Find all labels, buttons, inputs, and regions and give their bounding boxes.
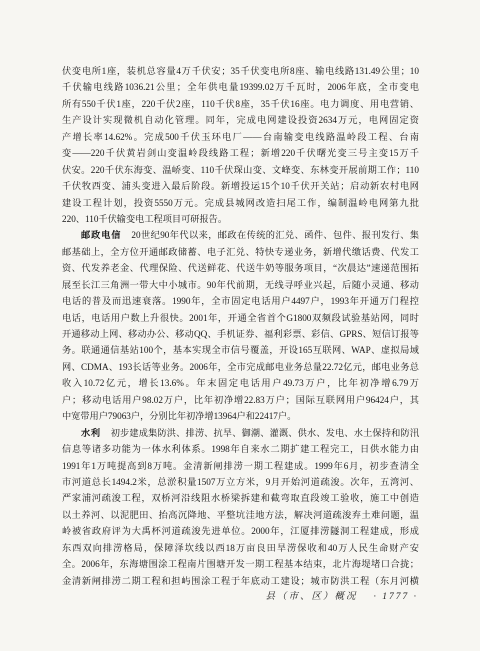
footer-section-label: 县（市、区）概况 — [265, 592, 357, 602]
text-line: 严家浦河疏浚工程，双桥河沿线阻水桥梁拆建和截弯取直段竣工验收，施工中创造 — [62, 490, 419, 506]
text-line: 岭被省政府评为大禹杯河道疏浚先进单位。2000年，江厦排涝隧洞工程建成，形成 — [62, 523, 419, 539]
text-line: 伏变电所1座，装机总容量4万千伏安；35千伏变电所8座、输电线路131.49公里… — [62, 63, 419, 79]
text-line: 东西双向排涝格局，保障泽坎线以西18万亩良田旱涝保收和40万人民生命财产安 — [62, 540, 419, 556]
body-text: 伏变电所1座，装机总容量4万千伏安；35千伏变电所8座、输电线路131.49公里… — [62, 63, 419, 589]
text-line: 千伏输电线路1036.21公里；全年供电量19399.02万千瓦时，2006年底… — [62, 79, 419, 95]
text-line: 千伏牧西变、浦头变进入最后阶段。新增投运15个10千伏开关站；启动新农村电网 — [62, 178, 419, 194]
document-page: 伏变电所1座，装机总容量4万千伏安；35千伏变电所8座、输电线路131.49公里… — [0, 0, 480, 651]
text-line: 资、代发养老金、代理保险、代送鲜花、代送牛奶等服务项目，“次晨达”速递范围拓 — [62, 260, 419, 276]
text-line: 电话，电话用户数上升很快。2001年，开通全省首个G1800双频段试验基站网，同… — [62, 310, 419, 326]
page-footer: 县（市、区）概况· 1777 · — [265, 591, 418, 603]
text-line: 邮政电信20世纪90年代以来，邮政在传统的汇兑、函件、包件、报刊发行、集 — [62, 227, 419, 243]
text-line: 电话的普及而迅速衰落。1990年，全市固定电话用户4497户，1993年开通万门… — [62, 293, 419, 309]
text-line: 信息等诸多功能为一体水利体系。1998年自来水二期扩建工程完工，日供水能力由 — [62, 441, 419, 457]
text-line: 变——220千伏黄岩剑山变温岭段线路工程；新增220千伏曙光变三号主变15万千 — [62, 145, 419, 161]
text-line: 展至长江三角洲一带大中小城市。90年代前期，无线寻呼业兴起，后随小灵通、移动 — [62, 277, 419, 293]
text-line: 户；移动电话用户98.02万户，比年初净增22.83万户；国际互联网用户9642… — [62, 392, 419, 408]
text-line: 伏安。220千伏东海变、温峤变、110千伏琛山变、文峰变、东林变开展前期工作；1… — [62, 162, 419, 178]
paragraph-first-line-text: 初步建成集防洪、排涝、抗旱、御潮、灌溉、供水、发电、水土保持和防汛 — [111, 428, 419, 438]
text-line: 金清新闸排涝二期工程和担屿围涂工程于年底动工建设；城市防洪工程（东月河横 — [62, 573, 419, 589]
text-line: 市河道总长1494.2米，总淤积量1507万立方米，9月开始河道疏浚。次年，五湾… — [62, 474, 419, 490]
text-line: 产增长率14.62%。完成500千伏玉环电厂——台南输变电线路温岭段工程、台南 — [62, 129, 419, 145]
text-line: 水利初步建成集防洪、排涝、抗旱、御潮、灌溉、供水、发电、水土保持和防汛 — [62, 425, 419, 441]
text-line: 收入10.72亿元，增长13.6%。年末固定电话用户49.73万户，比年初净增6… — [62, 375, 419, 391]
paragraph-heading: 水利 — [81, 428, 101, 438]
text-line: 务。联通通信基站100个，基本实现全市信号覆盖，开设165互联网、WAP、虚拟局… — [62, 342, 419, 358]
text-line: 网、CDMA、193长话等业务。2006年，全市完成邮电业务总量22.72亿元，… — [62, 359, 419, 375]
text-line: 220、110千伏输变电工程项目可研报告。 — [62, 211, 419, 227]
paragraph-first-line-text: 20世纪90年代以来，邮政在传统的汇兑、函件、包件、报刊发行、集 — [131, 230, 419, 240]
text-line: 建设工程计划，投资5550万元。完成县城网改造扫尾工作，编制温岭电网第九批 — [62, 195, 419, 211]
text-line: 中宽带用户79063户，分别比年初净增13964户和22417户。 — [62, 408, 419, 424]
text-line: 邮基础上，全方位开通邮政储蓄、电子汇兑、特快专递业务，新增代缴话费、代发工 — [62, 244, 419, 260]
footer-page-number: · 1777 · — [374, 592, 419, 602]
text-line: 所有550千伏1座，220千伏2座，110千伏8座，35千伏16座。电力调度、用… — [62, 96, 419, 112]
text-line: 1991年1万吨提高到8万吨。金清新闸排涝一期工程建成。1999年6月，初步查清… — [62, 458, 419, 474]
paragraph-heading: 邮政电信 — [81, 230, 121, 240]
text-line: 以土养河、以泥肥田、抬高沉降地、平整坑洼地方法，解决河道疏浚弃土难问题，温 — [62, 507, 419, 523]
text-line: 开通移动上网、移动办公、移动QQ、手机证券、福利彩票、彩信、GPRS、短信订报等… — [62, 326, 419, 342]
text-line: 全。2006年，东海塘围涂工程南片围塘开发一期工程基本结束，北片海堤堵口合拢； — [62, 556, 419, 572]
text-line: 生产设计实现微机自动化管理。同年，完成电网建设投资2634万元，电网固定资 — [62, 112, 419, 128]
